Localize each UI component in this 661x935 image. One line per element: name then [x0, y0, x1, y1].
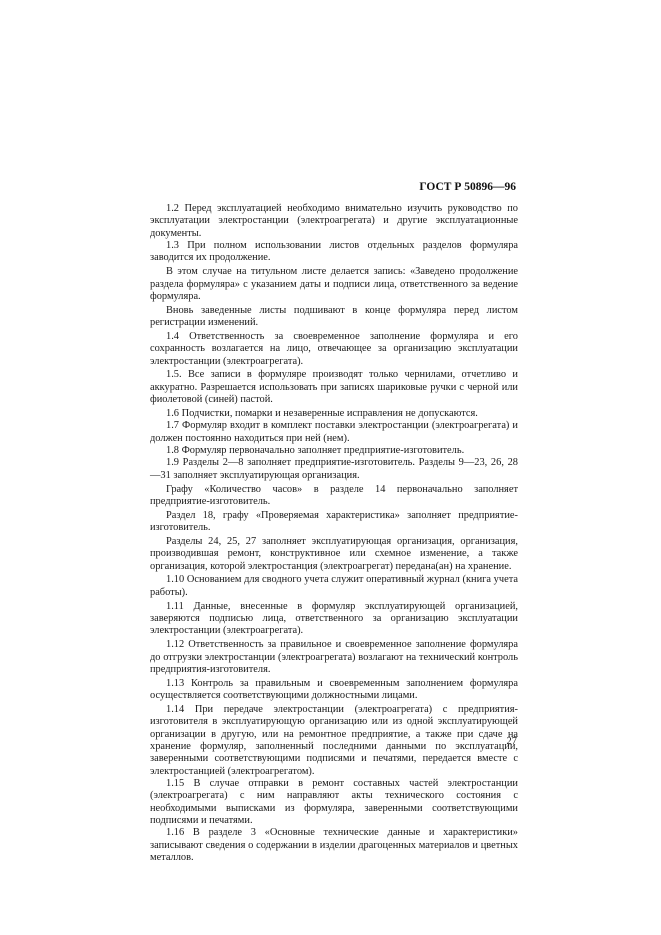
document-body: 1.2 Перед эксплуатацией необходимо внима… [150, 203, 518, 864]
paragraph-1-8: 1.8 Формуляр первоначально заполняет пре… [150, 445, 518, 457]
paragraph-1-5: 1.5. Все записи в формуляре производят т… [150, 369, 518, 406]
paragraph-1-14: 1.14 При передаче электростанции (электр… [150, 704, 518, 778]
paragraph-1-4: 1.4 Ответственность за своевременное зап… [150, 331, 518, 368]
paragraph-1-3: 1.3 При полном использовании листов отде… [150, 240, 518, 265]
paragraph-sections-24-27: Разделы 24, 25, 27 заполняет эксплуатиру… [150, 536, 518, 573]
paragraph-1-13: 1.13 Контроль за правильным и своевремен… [150, 678, 518, 703]
paragraph-1-15: 1.15 В случае отправки в ремонт составны… [150, 778, 518, 827]
paragraph-1-9: 1.9 Разделы 2—8 заполняет предприятие-из… [150, 457, 518, 482]
paragraph-1-2: 1.2 Перед эксплуатацией необходимо внима… [150, 203, 518, 240]
paragraph-new-sheets: Вновь заведенные листы подшивают в конце… [150, 305, 518, 330]
paragraph-continuation-note: В этом случае на титульном листе делаетс… [150, 266, 518, 303]
page-number: 27 [507, 736, 518, 747]
document-page: ГОСТ Р 50896—96 1.2 Перед эксплуатацией … [0, 0, 661, 935]
paragraph-1-11: 1.11 Данные, внесенные в формуляр эксплу… [150, 601, 518, 638]
paragraph-hours-column: Графу «Количество часов» в разделе 14 пе… [150, 484, 518, 509]
paragraph-1-16: 1.16 В разделе 3 «Основные технические д… [150, 827, 518, 864]
document-header: ГОСТ Р 50896—96 [419, 181, 516, 193]
paragraph-1-10: 1.10 Основанием для сводного учета служи… [150, 574, 518, 599]
paragraph-section-18: Раздел 18, графу «Проверяемая характерис… [150, 510, 518, 535]
paragraph-1-7: 1.7 Формуляр входит в комплект поставки … [150, 420, 518, 445]
paragraph-1-6: 1.6 Подчистки, помарки и незаверенные ис… [150, 408, 518, 420]
paragraph-1-12: 1.12 Ответственность за правильное и сво… [150, 639, 518, 676]
